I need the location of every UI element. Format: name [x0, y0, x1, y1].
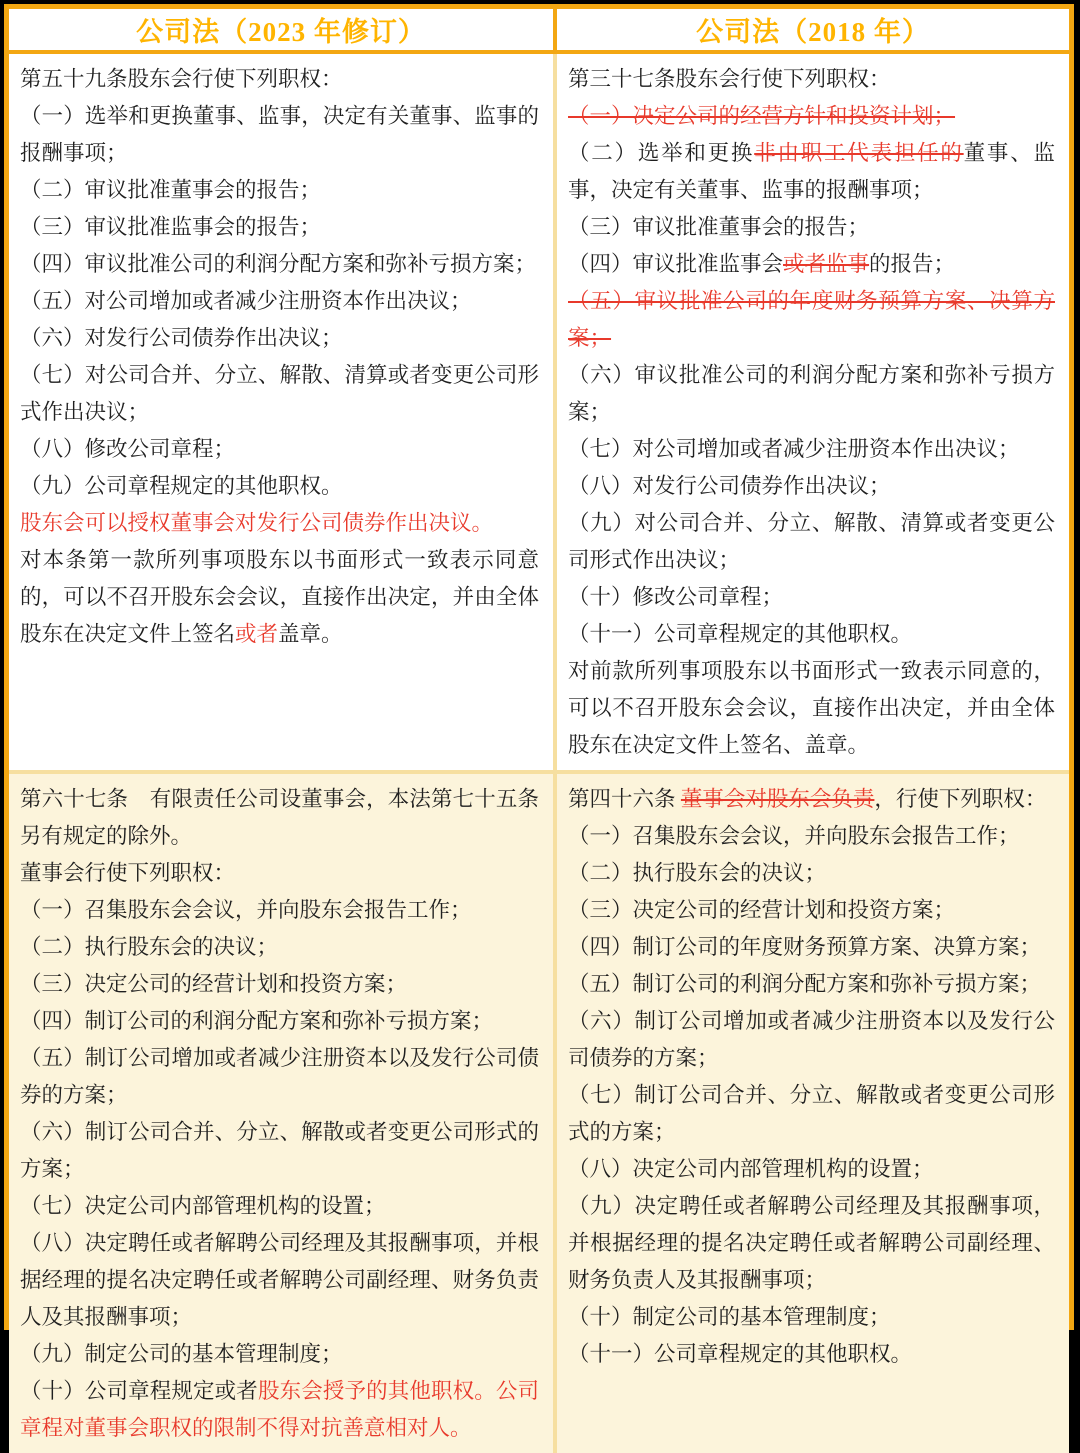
text-segment: （二）执行股东会的决议；: [20, 935, 278, 959]
text-segment: （十一）公司章程规定的其他职权。: [568, 1342, 912, 1346]
text-segment: （十一）公司章程规定的其他职权。: [568, 622, 912, 646]
text-segment: 第六十七条 有限责任公司设董事会，本法第七十五条另有规定的除外。: [20, 787, 539, 848]
law-paragraph: （九）公司章程规定的其他职权。: [20, 468, 539, 505]
law-paragraph: （一）召集股东会会议，并向股东会报告工作；: [20, 892, 539, 929]
law-paragraph: （三）审议批准董事会的报告；: [568, 209, 1055, 246]
law-paragraph: （二）审议批准董事会的报告；: [20, 172, 539, 209]
comparison-row-2: 第六十七条 有限责任公司设董事会，本法第七十五条另有规定的除外。董事会行使下列职…: [9, 770, 1069, 1346]
text-segment: （九）决定聘任或者解聘公司经理及其报酬事项，并根据经理的提名决定聘任或者解聘公司…: [568, 1194, 1055, 1292]
text-segment: （五）制订公司增加或者减少注册资本以及发行公司债券的方案；: [20, 1046, 539, 1107]
law-paragraph: （二）执行股东会的决议；: [568, 855, 1055, 892]
column-header-2018-version: 公司法（2018 年）: [557, 9, 1069, 50]
text-segment: （六）对发行公司债券作出决议；: [20, 326, 343, 350]
cell-2018-article-46: 第四十六条 董事会对股东会负责，行使下列职权：（一）召集股东会会议，并向股东会报…: [557, 774, 1069, 1346]
text-segment: （六）制订公司增加或者减少注册资本以及发行公司债券的方案；: [568, 1009, 1055, 1070]
law-paragraph: （三）决定公司的经营计划和投资方案；: [568, 892, 1055, 929]
law-paragraph: （九）对公司合并、分立、解散、清算或者变更公司形式作出决议；: [568, 505, 1055, 579]
law-paragraph: （六）对发行公司债券作出决议；: [20, 320, 539, 357]
law-paragraph: （八）修改公司章程；: [20, 431, 539, 468]
law-paragraph: （九）决定聘任或者解聘公司经理及其报酬事项，并根据经理的提名决定聘任或者解聘公司…: [568, 1188, 1055, 1299]
law-paragraph: （七）对公司增加或者减少注册资本作出决议；: [568, 431, 1055, 468]
law-paragraph: （二）选举和更换非由职工代表担任的董事、监事，决定有关董事、监事的报酬事项；: [568, 135, 1055, 209]
text-segment: 第四十六条: [568, 787, 681, 811]
comparison-row-1: 第五十九条股东会行使下列职权：（一）选举和更换董事、监事，决定有关董事、监事的报…: [9, 54, 1069, 770]
deleted-text: 董事会对股东会负责: [681, 787, 875, 811]
law-comparison-table: 公司法（2023 年修订） 公司法（2018 年） 第五十九条股东会行使下列职权…: [4, 4, 1074, 1330]
cell-2023-article-67: 第六十七条 有限责任公司设董事会，本法第七十五条另有规定的除外。董事会行使下列职…: [9, 774, 557, 1346]
text-segment: （八）决定公司内部管理机构的设置；: [568, 1157, 934, 1181]
table-body: 第五十九条股东会行使下列职权：（一）选举和更换董事、监事，决定有关董事、监事的报…: [9, 54, 1069, 1346]
law-paragraph: （六）制订公司增加或者减少注册资本以及发行公司债券的方案；: [568, 1003, 1055, 1077]
law-paragraph: （十一）公司章程规定的其他职权。: [568, 1336, 1055, 1346]
text-segment: （四）审议批准监事会: [568, 252, 783, 276]
text-segment: （二）执行股东会的决议；: [568, 861, 826, 885]
law-paragraph: 第四十六条 董事会对股东会负责，行使下列职权：: [568, 781, 1055, 818]
text-segment: （三）审议批准监事会的报告；: [20, 215, 321, 239]
column-header-2023-revision: 公司法（2023 年修订）: [9, 9, 557, 50]
text-segment: （四）审议批准公司的利润分配方案和弥补亏损方案；: [20, 252, 536, 276]
text-segment: （一）召集股东会会议，并向股东会报告工作；: [20, 898, 472, 922]
text-segment: （五）制订公司的利润分配方案和弥补亏损方案；: [568, 972, 1041, 996]
table-header-row: 公司法（2023 年修订） 公司法（2018 年）: [9, 9, 1069, 54]
law-paragraph: 对本条第一款所列事项股东以书面形式一致表示同意的，可以不召开股东会会议，直接作出…: [20, 542, 539, 653]
text-segment: （八）修改公司章程；: [20, 437, 235, 461]
law-paragraph: （五）对公司增加或者减少注册资本作出决议；: [20, 283, 539, 320]
text-segment: （六）制订公司合并、分立、解散或者变更公司形式的方案；: [20, 1120, 539, 1181]
text-segment: （一）召集股东会会议，并向股东会报告工作；: [568, 824, 1020, 848]
text-segment: （二）选举和更换: [568, 141, 754, 165]
law-paragraph: （四）制订公司的年度财务预算方案、决算方案；: [568, 929, 1055, 966]
text-segment: （十）修改公司章程；: [568, 585, 783, 609]
law-paragraph: （九）制定公司的基本管理制度；: [20, 1336, 539, 1346]
law-paragraph: （十）制定公司的基本管理制度；: [568, 1299, 1055, 1336]
law-paragraph: 董事会行使下列职权：: [20, 855, 539, 892]
text-segment: （二）审议批准董事会的报告；: [20, 178, 321, 202]
law-paragraph: （四）审议批准公司的利润分配方案和弥补亏损方案；: [20, 246, 539, 283]
text-segment: （四）制订公司的利润分配方案和弥补亏损方案；: [20, 1009, 493, 1033]
text-segment: 第三十七条股东会行使下列职权：: [568, 67, 891, 91]
text-segment: 董事会行使下列职权：: [20, 861, 235, 885]
text-segment: （七）对公司增加或者减少注册资本作出决议；: [568, 437, 1020, 461]
law-paragraph: （四）审议批准监事会或者监事的报告；: [568, 246, 1055, 283]
law-paragraph: （十）修改公司章程；: [568, 579, 1055, 616]
deleted-text: 或者监事: [783, 252, 869, 276]
law-paragraph: （七）决定公司内部管理机构的设置；: [20, 1188, 539, 1225]
law-paragraph: （七）对公司合并、分立、解散、清算或者变更公司形式作出决议；: [20, 357, 539, 431]
deleted-text: （一）决定公司的经营方针和投资计划；: [568, 104, 955, 128]
law-paragraph: 第五十九条股东会行使下列职权：: [20, 61, 539, 98]
text-segment: （七）对公司合并、分立、解散、清算或者变更公司形式作出决议；: [20, 363, 539, 424]
text-segment: （九）公司章程规定的其他职权。: [20, 474, 343, 498]
law-paragraph: （六）制订公司合并、分立、解散或者变更公司形式的方案；: [20, 1114, 539, 1188]
law-paragraph: （十一）公司章程规定的其他职权。: [568, 616, 1055, 653]
text-segment: ，行使下列职权：: [874, 787, 1046, 811]
law-paragraph: （五）审议批准公司的年度财务预算方案、决算方案；: [568, 283, 1055, 357]
text-segment: （八）对发行公司债券作出决议；: [568, 474, 891, 498]
text-segment: （七）制订公司合并、分立、解散或者变更公司形式的方案；: [568, 1083, 1055, 1144]
law-paragraph: （四）制订公司的利润分配方案和弥补亏损方案；: [20, 1003, 539, 1040]
text-segment: （四）制订公司的年度财务预算方案、决算方案；: [568, 935, 1041, 959]
text-segment: （一）选举和更换董事、监事，决定有关董事、监事的报酬事项；: [20, 104, 539, 165]
law-paragraph: 股东会可以授权董事会对发行公司债券作出决议。: [20, 505, 539, 542]
law-paragraph: （五）制订公司增加或者减少注册资本以及发行公司债券的方案；: [20, 1040, 539, 1114]
text-segment: （三）决定公司的经营计划和投资方案；: [20, 972, 407, 996]
law-paragraph: （六）审议批准公司的利润分配方案和弥补亏损方案；: [568, 357, 1055, 431]
text-segment: 的报告；: [869, 252, 955, 276]
law-paragraph: 第六十七条 有限责任公司设董事会，本法第七十五条另有规定的除外。: [20, 781, 539, 855]
text-segment: （九）对公司合并、分立、解散、清算或者变更公司形式作出决议；: [568, 511, 1055, 572]
law-paragraph: （八）决定公司内部管理机构的设置；: [568, 1151, 1055, 1188]
law-paragraph: （一）召集股东会会议，并向股东会报告工作；: [568, 818, 1055, 855]
deleted-text: 非由职工代表担任的: [754, 141, 963, 165]
law-paragraph: （二）执行股东会的决议；: [20, 929, 539, 966]
law-paragraph: （八）决定聘任或者解聘公司经理及其报酬事项，并根据经理的提名决定聘任或者解聘公司…: [20, 1225, 539, 1336]
text-segment: （七）决定公司内部管理机构的设置；: [20, 1194, 386, 1218]
cell-2018-article-37: 第三十七条股东会行使下列职权：（一）决定公司的经营方针和投资计划；（二）选举和更…: [557, 54, 1069, 770]
law-paragraph: （八）对发行公司债券作出决议；: [568, 468, 1055, 505]
text-segment: （三）审议批准董事会的报告；: [568, 215, 869, 239]
text-segment: （八）决定聘任或者解聘公司经理及其报酬事项，并根据经理的提名决定聘任或者解聘公司…: [20, 1231, 539, 1329]
added-text: 股东会可以授权董事会对发行公司债券作出决议。: [20, 511, 493, 535]
text-segment: （三）决定公司的经营计划和投资方案；: [568, 898, 955, 922]
law-paragraph: （三）审议批准监事会的报告；: [20, 209, 539, 246]
law-paragraph: （七）制订公司合并、分立、解散或者变更公司形式的方案；: [568, 1077, 1055, 1151]
law-paragraph: （三）决定公司的经营计划和投资方案；: [20, 966, 539, 1003]
text-segment: （九）制定公司的基本管理制度；: [20, 1342, 343, 1346]
law-paragraph: （五）制订公司的利润分配方案和弥补亏损方案；: [568, 966, 1055, 1003]
law-paragraph: （一）决定公司的经营方针和投资计划；: [568, 98, 1055, 135]
law-paragraph: （一）选举和更换董事、监事，决定有关董事、监事的报酬事项；: [20, 98, 539, 172]
law-paragraph: 第三十七条股东会行使下列职权：: [568, 61, 1055, 98]
text-segment: （十）制定公司的基本管理制度；: [568, 1305, 891, 1329]
text-segment: 对前款所列事项股东以书面形式一致表示同意的，可以不召开股东会会议，直接作出决定，…: [568, 659, 1055, 757]
law-paragraph: 对前款所列事项股东以书面形式一致表示同意的，可以不召开股东会会议，直接作出决定，…: [568, 653, 1055, 764]
text-segment: 盖章。: [278, 622, 343, 646]
text-segment: 第五十九条股东会行使下列职权：: [20, 67, 343, 91]
added-text: 或者: [235, 622, 278, 646]
deleted-text: （五）审议批准公司的年度财务预算方案、决算方案；: [568, 289, 1055, 350]
cell-2023-article-59: 第五十九条股东会行使下列职权：（一）选举和更换董事、监事，决定有关董事、监事的报…: [9, 54, 557, 770]
text-segment: （五）对公司增加或者减少注册资本作出决议；: [20, 289, 472, 313]
text-segment: （六）审议批准公司的利润分配方案和弥补亏损方案；: [568, 363, 1055, 424]
